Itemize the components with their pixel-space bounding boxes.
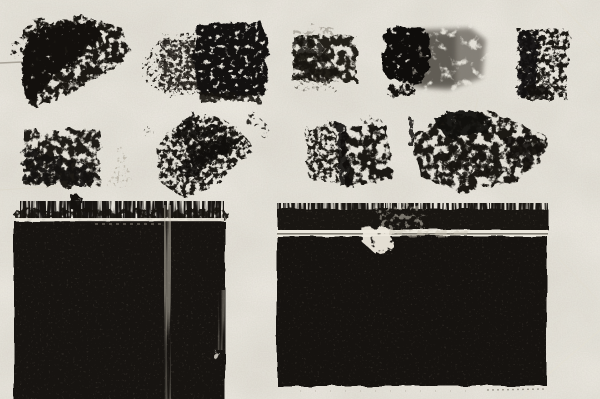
- texture-blocks: [14, 196, 548, 399]
- chip-smudge: [390, 230, 470, 236]
- vertical-scratch: [164, 205, 171, 399]
- top-tab: [71, 196, 81, 210]
- center-mass: [444, 142, 496, 178]
- ink-block-left: [14, 196, 226, 399]
- solid-blob: [384, 26, 430, 83]
- right-edge-wear: [216, 290, 225, 350]
- right-cluster: [505, 133, 543, 167]
- ink-swatch-6: [22, 130, 100, 186]
- bottom-fuzz: [296, 76, 336, 90]
- top-satellite: [362, 117, 382, 127]
- satellite-2: [261, 125, 271, 139]
- photocopy-flecks: [14, 221, 225, 399]
- satellite-blot: [11, 41, 21, 59]
- band-speckle-wear: [378, 206, 424, 228]
- left-wedge: [305, 121, 340, 184]
- satellite-1: [244, 114, 260, 126]
- photocopy-flecks: [277, 236, 547, 386]
- satellite-3: [143, 128, 153, 136]
- bottom-tail: [200, 92, 260, 102]
- white-fleck: [214, 351, 220, 361]
- texture-sheet: [0, 0, 600, 399]
- left-tick: [409, 119, 413, 146]
- foot: [528, 86, 548, 100]
- ink-swatch-5: [518, 29, 568, 100]
- dark-core: [194, 22, 268, 99]
- ink-swatch-3: [292, 26, 356, 90]
- ink-block-right: [277, 203, 548, 391]
- bristle-base: [16, 210, 226, 219]
- gap-highlight-line: [16, 218, 224, 221]
- texture-canvas: [0, 0, 600, 399]
- crease-left-dark: [0, 62, 22, 63]
